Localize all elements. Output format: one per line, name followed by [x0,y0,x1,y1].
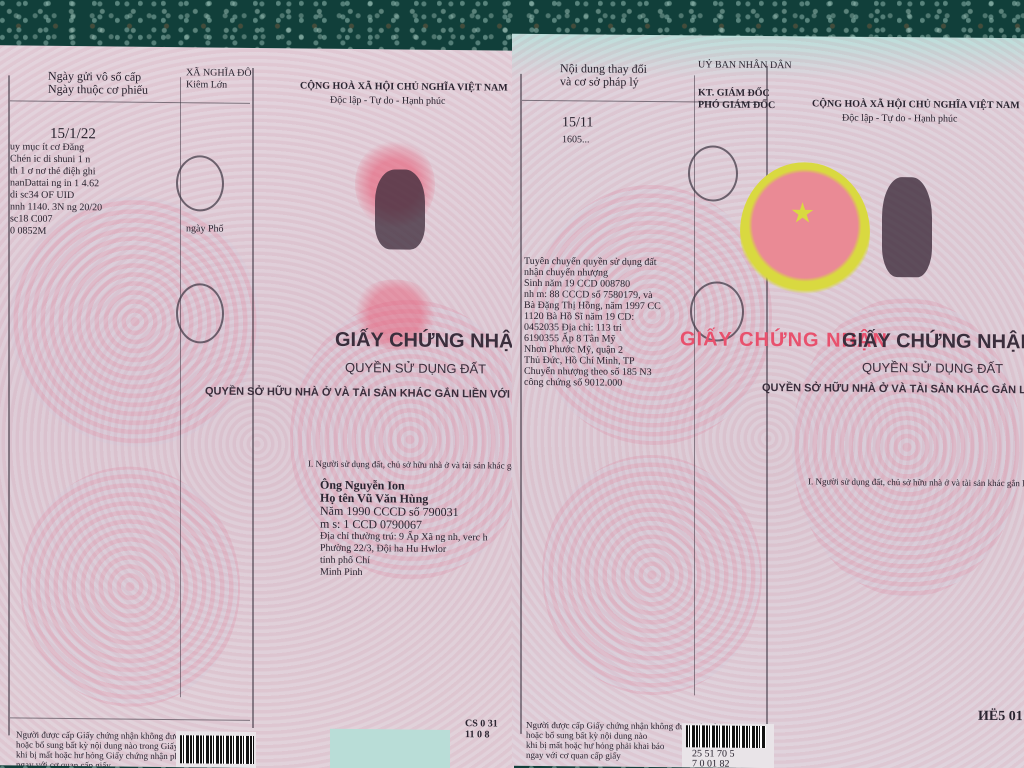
national-motto: Độc lập - Tự do - Hạnh phúc [330,95,445,107]
national-header: CỘNG HOÀ XÃ HỘI CHỦ NGHĨA VIỆT NAM [300,80,508,93]
serial-number: CS 0 31 [465,718,498,729]
certificate-title: GIẤY CHỨNG NHẬN [335,334,514,349]
certificate-subtitle-1: QUYỀN SỬ DỤNG ĐẤT [345,361,486,375]
side-column-line: Kiêm Lớn [186,79,227,90]
barcode [180,735,254,764]
side-column-line: UỶ BAN NHÂN DÂN [698,59,792,71]
fold-line [766,66,768,736]
side-column-line: PHÓ GIÁM ĐỐC [698,99,775,111]
national-emblem [740,162,870,303]
change-line: 0 0852M [10,225,46,236]
right-certificate: Nội dung thay đổi và cơ sở pháp lý 15/11… [512,34,1024,768]
change-line: sc18 C007 [10,213,53,224]
owner-line: Địa chỉ thường trú: 9 Ấp Xã ng nh, verc … [320,531,488,544]
owner-line: Minh Pinh [320,567,363,578]
portrait-emblem [375,169,425,250]
official-stamp [176,155,224,212]
border-line [520,74,522,734]
changes-header-2: Ngày thuộc cơ phiếu [48,83,148,97]
owner-line: Phường 22/3, Đội ha Hu Hwlor [320,543,446,555]
barcode-number: 7 0 01 82 [692,758,730,768]
official-stamp [688,145,738,201]
serial-number: ИЁ5 01 [978,710,1023,723]
owner-section-header: I. Người sử dụng đất, chủ sở hữu nhà ở v… [808,476,1024,489]
change-line: nhận chuyển nhượng [524,267,608,279]
change-line: nnh 1140. 3N ng 20/20 [10,201,102,213]
rule-line [10,100,250,104]
national-header: CỘNG HOÀ XÃ HỘI CHỦ NGHĨA VIỆT NAM [812,98,1020,111]
handwritten-date: 15/1/22 [50,128,96,141]
change-line: Nhơn Phước Mỹ, quận 2 [524,344,623,356]
owner-line: tỉnh phố Chí [320,555,370,567]
change-line: 0452035 Địa chỉ: 113 tri [524,322,622,334]
side-column-line: KT. GIÁM ĐỐC [698,87,770,99]
owner-line: m s: 1 CCD 0790067 [320,518,422,532]
certificate-subtitle-1: QUYỀN SỬ DỤNG ĐẤT [862,361,1003,375]
guilloche-pattern [542,454,762,696]
guilloche-pattern [20,466,240,708]
rule-line [10,717,250,721]
change-line: uy mục ít cơ Đăng [10,141,84,153]
star-icon: ★ [790,196,815,230]
changes-header-2: và cơ sở pháp lý [560,75,639,89]
change-line: nanDattai ng in 1 4.62 [10,177,99,189]
certificate-title: GIẤY CHỨNG NHẬN [842,335,1024,350]
footer-note: ngay với cơ quan cấp giấy [526,750,621,761]
side-column-line: ngày Phố [186,223,224,234]
change-line: 6190355 Ấp 8 Tân Mỹ [524,333,615,345]
side-column-line: XÃ NGHĨA ĐÔ [186,67,252,79]
handwritten-date: 15/11 [562,116,593,129]
official-stamp [176,283,224,344]
change-line: th 1 ơ nơ thẻ điệh ghi [10,165,96,177]
teal-patch [330,729,450,768]
national-motto: Độc lập - Tự do - Hạnh phúc [842,113,957,125]
left-certificate: Ngày gửi vô sổ cấp Ngày thuộc cơ phiếu 1… [0,45,514,768]
portrait-emblem [882,177,932,277]
change-line: Chén ic di shuni 1 n [10,153,90,165]
serial-number: 11 0 8 [465,729,489,740]
change-line: di sc34 OF UID [10,189,74,201]
handwritten-ref: 1605... [562,134,590,145]
change-line: công chứng số 9012.000 [524,377,622,389]
barcode [686,725,766,748]
change-line: Sinh năm 19 CCD 008780 [524,278,630,290]
